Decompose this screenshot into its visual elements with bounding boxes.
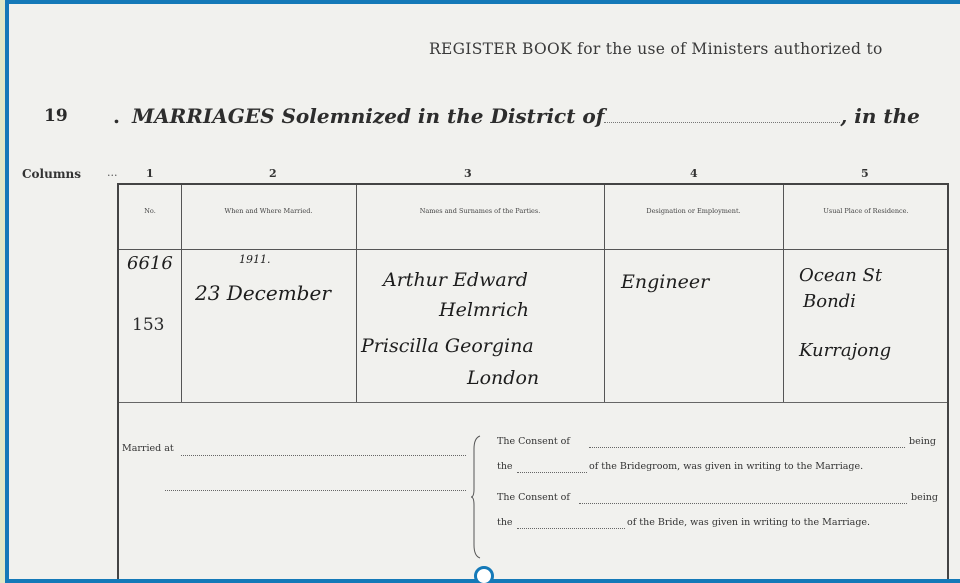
column-divider [604,185,605,403]
designation-value: Engineer [621,271,709,293]
printed-entry-number: 153 [132,315,164,335]
marriage-register-table: No. When and Where Married. Names and Su… [117,183,949,583]
header-divider [119,249,947,250]
resize-handle[interactable] [474,566,494,583]
bride-consent-text: of the Bride, was given in writing to th… [627,517,870,528]
column-number-2: 2 [269,167,277,180]
header-designation: Designation or Employment. [604,207,783,215]
page-title: .MARRIAGES Solemnized in the District of… [113,104,920,128]
header-names: Names and Surnames of the Parties. [356,207,604,215]
consent-brace [471,435,481,559]
groom-consent-being: being [909,436,936,447]
column-number-4: 4 [690,167,698,180]
columns-label: Columns [22,167,81,181]
residence-line3: Kurrajong [799,340,891,361]
header-when-where: When and Where Married. [181,207,356,215]
column-divider [181,185,182,403]
title-dot: . [113,104,120,128]
year-prefix: 19 [44,106,68,126]
column-number-3: 3 [464,167,472,180]
column-divider [356,185,357,403]
column-number-5: 5 [861,167,869,180]
document-viewer-frame: REGISTER BOOK for the use of Ministers a… [5,0,960,583]
groom-name-line1: Arthur Edward [383,269,528,291]
groom-relation-blank [517,472,587,473]
bride-relation-blank [517,528,625,529]
bride-consent-blank [579,503,907,504]
bride-name-line2: London [467,367,539,389]
title-suffix: , in the [840,104,920,128]
bride-consent-prefix: The Consent of [497,492,570,503]
handwritten-entry-number: 6616 [127,253,173,274]
column-number-1: 1 [146,167,154,180]
district-blank-field [604,108,840,123]
column-divider [783,185,784,403]
register-header: REGISTER BOOK for the use of Ministers a… [429,40,883,58]
married-at-label: Married at [122,443,174,454]
title-main: MARRIAGES Solemnized in the District of [132,104,604,128]
residence-line2: Bondi [803,291,856,312]
row-divider [119,402,947,403]
bride-name-line1: Priscilla Georgina [361,335,534,357]
groom-consent-blank [589,447,905,448]
groom-consent-prefix: The Consent of [497,436,570,447]
header-residence: Usual Place of Residence. [783,207,949,215]
groom-name-line2: Helmrich [439,299,529,321]
bride-relation-prefix: the [497,517,513,528]
residence-line1: Ocean St [799,265,882,286]
register-page: REGISTER BOOK for the use of Ministers a… [9,4,960,579]
columns-dots: ... [107,166,118,179]
married-at-line [181,455,466,456]
header-no: No. [119,207,181,215]
groom-consent-text: of the Bridegroom, was given in writing … [589,461,863,472]
entry-date: 23 December [195,281,331,305]
entry-year: 1911. [239,253,271,266]
married-at-line-2 [165,490,466,491]
bride-consent-being: being [911,492,938,503]
groom-relation-prefix: the [497,461,513,472]
